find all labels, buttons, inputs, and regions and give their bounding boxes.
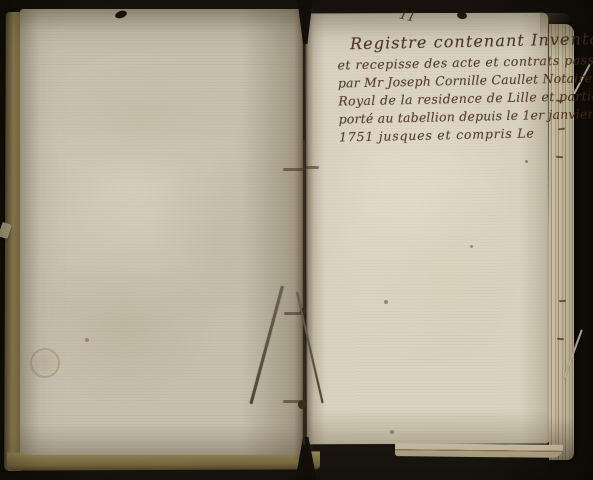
handwriting-block: Registre contenant Inventaire et recepis…: [337, 30, 581, 146]
scanned-register-photo: 11 Registre contenant Inventaire et rece…: [0, 0, 593, 480]
bottom-page-edges: [395, 443, 563, 458]
sewing-knot: [298, 400, 306, 409]
handwriting-line: Registre contenant Inventaire: [350, 30, 579, 53]
stitch-mark: [305, 166, 319, 169]
stitch-mark: [283, 168, 303, 171]
left-page: [20, 9, 303, 455]
